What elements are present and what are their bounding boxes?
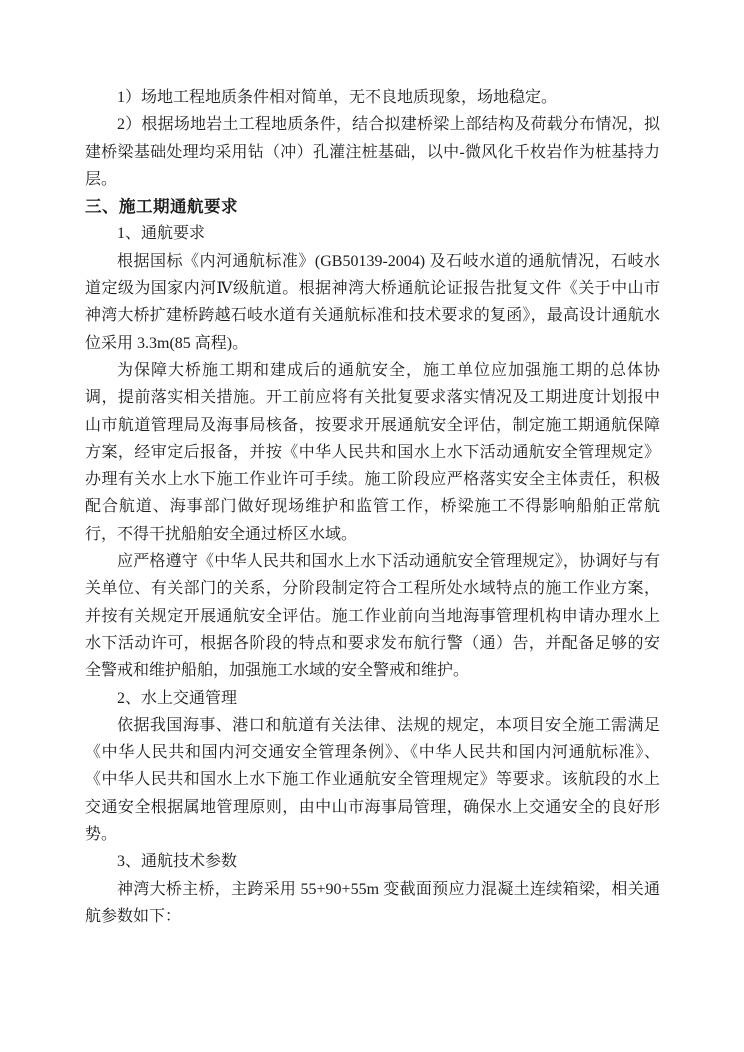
document-page: 1）场地工程地质条件相对简单，无不良地质现象，场地稳定。 2）根据场地岩土工程地… (0, 0, 744, 1052)
paragraph-navigation-standard: 根据国标《内河通航标准》(GB50139-2004) 及石岐水道的通航情况，石岐… (85, 248, 660, 357)
paragraph-construction-safety: 为保障大桥施工期和建成后的通航安全，施工单位应加强施工期的总体协调，提前落实相关… (85, 357, 660, 548)
subsection-heading-navigation-parameters: 3、通航技术参数 (85, 848, 660, 875)
paragraph-water-traffic-management: 依据我国海事、港口和航道有关法律、法规的规定，本项目安全施工需满足《中华人民共和… (85, 712, 660, 848)
subsection-heading-navigation-requirements: 1、通航要求 (85, 220, 660, 247)
subsection-heading-water-traffic-management: 2、水上交通管理 (85, 685, 660, 712)
paragraph-geology-item-2: 2）根据场地岩土工程地质条件，结合拟建桥梁上部结构及荷载分布情况，拟建桥梁基础处… (85, 111, 660, 193)
paragraph-main-bridge-span: 神湾大桥主桥，主跨采用 55+90+55m 变截面预应力混凝土连续箱梁，相关通航… (85, 876, 660, 931)
section-heading-construction-navigation: 三、施工期通航要求 (85, 193, 660, 220)
paragraph-regulation-compliance: 应严格遵守《中华人民共和国水上水下活动通航安全管理规定》，协调好与有关单位、有关… (85, 548, 660, 684)
paragraph-geology-item-1: 1）场地工程地质条件相对简单，无不良地质现象，场地稳定。 (85, 84, 660, 111)
